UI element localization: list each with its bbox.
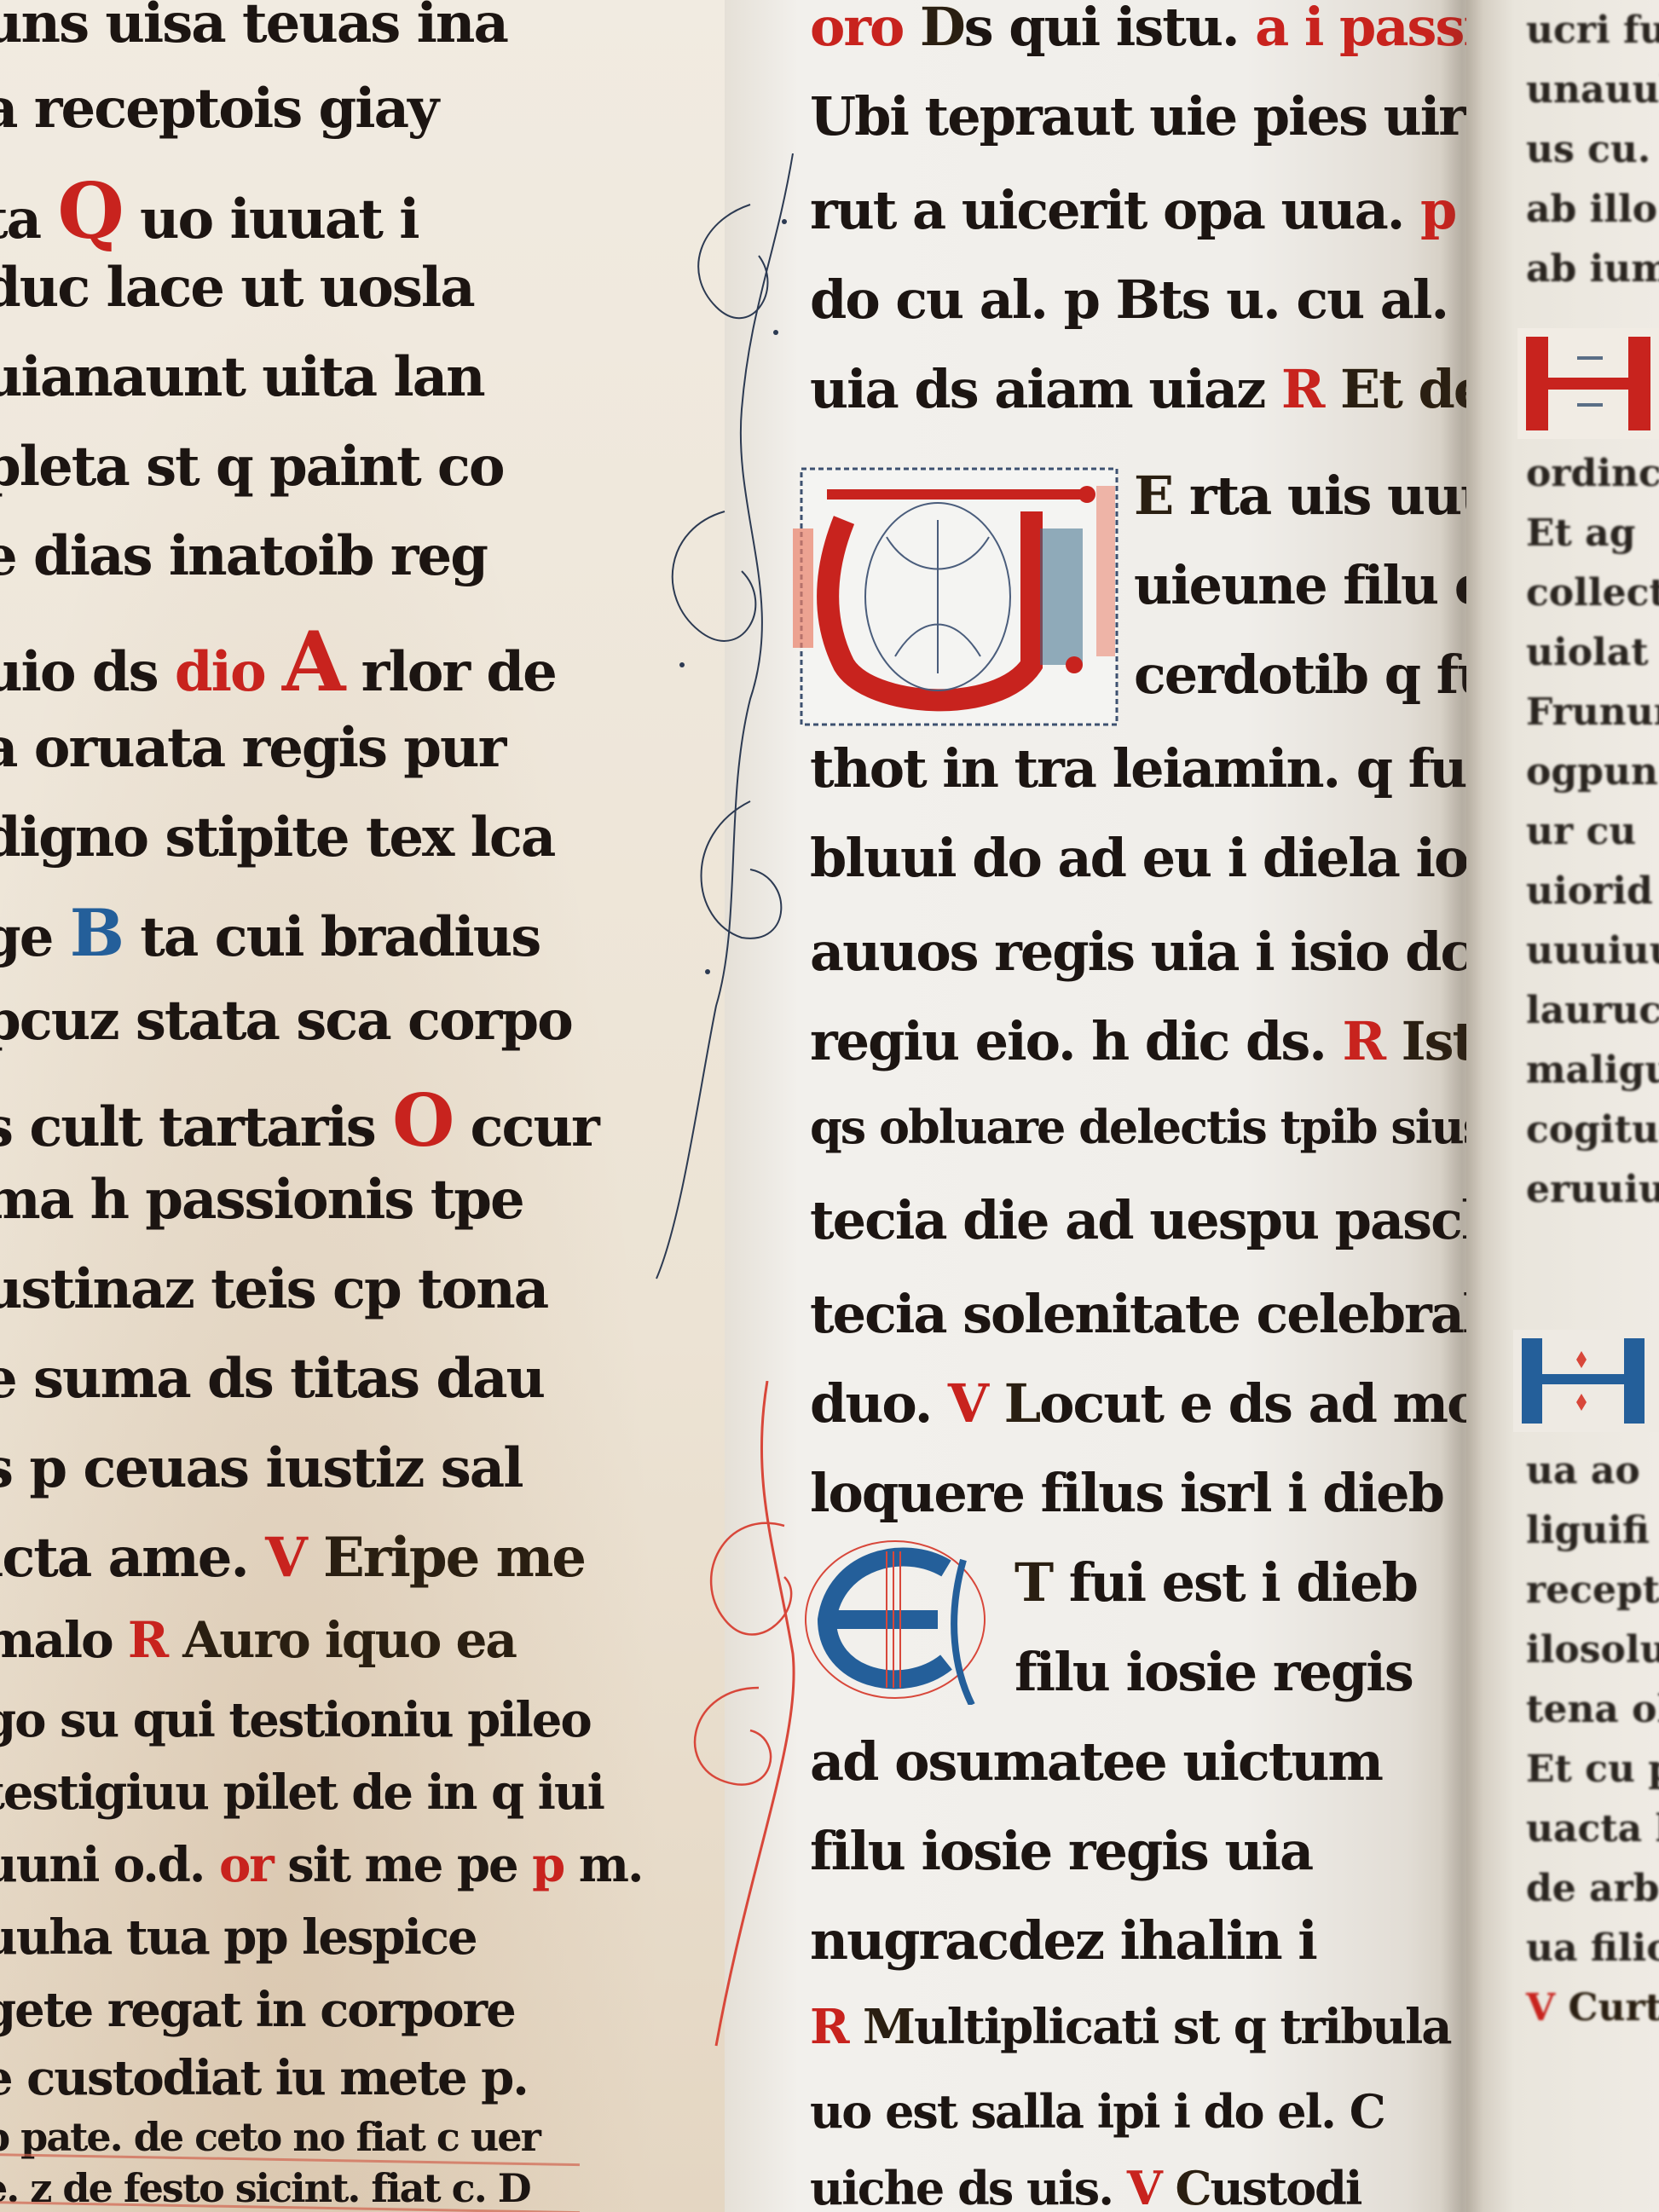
text-line: receptu: [1526, 1568, 1659, 1612]
text-line: filu iosie regis: [1014, 1641, 1413, 1703]
text-line: s p ceuas iustiz sal: [0, 1436, 523, 1500]
text-line: Ubi tepraut uie pies uir: [810, 85, 1465, 147]
rubric-response: R: [128, 1611, 167, 1669]
text-line: maligu: [1526, 1048, 1659, 1092]
left-column: uns uisa teuas ina a receptois giay ta Q…: [0, 0, 665, 2212]
center-column: oro Ds qui istu. a i passione Ubi teprau…: [810, 0, 1475, 2212]
text-line: duc lace ut uosla: [0, 256, 474, 320]
text-line: uianaunt uita lan: [0, 345, 484, 409]
rubric-or: or: [219, 1837, 273, 1893]
red-initial-o: O: [392, 1078, 453, 1163]
text-line: ustinaz teis cp tona: [0, 1257, 547, 1321]
rubric-p: p: [532, 1837, 564, 1893]
red-initial-h-icon: [1517, 328, 1659, 439]
text-line: uuuiuu: [1526, 929, 1659, 973]
text-line: bluui do ad eu i diela iosie: [810, 827, 1546, 889]
text-line: uacta lu: [1526, 1807, 1659, 1851]
text-line: uns uisa teuas ina: [0, 0, 507, 55]
text-line: unauub: [1526, 68, 1659, 112]
text-line: malo R Auro iquo ea: [0, 1611, 516, 1669]
blue-initial-h-icon: [1513, 1330, 1659, 1432]
text-line: loquere filus isrl i dieb: [810, 1462, 1443, 1524]
text-line: ordinc: [1526, 452, 1659, 495]
text-line: lcta ame. V Eripe me: [0, 1526, 585, 1590]
text-line: R Multiplicati st q tribula: [810, 1999, 1451, 2055]
left-page: uns uisa teuas ina a receptois giay ta Q…: [0, 0, 725, 2212]
text-line: V Curte: [1526, 1986, 1659, 2030]
red-initial-q: Q: [57, 166, 122, 257]
blue-initial-e-icon: [801, 1534, 997, 1705]
text-line: nugracdez ihalin i: [810, 1909, 1316, 1972]
rubric-versicle: V: [948, 1372, 987, 1435]
text-line: rut a uicerit opa uua. p R: [810, 179, 1514, 241]
text-line: Et ag: [1526, 511, 1635, 555]
text-line: digno stipite tex lca: [0, 806, 554, 869]
text-line: tena olu: [1526, 1688, 1659, 1731]
text-line: e custodiat iu mete p.: [0, 2050, 528, 2106]
text-line: ua filio d: [1526, 1926, 1659, 1970]
text-line: de arbor: [1526, 1867, 1659, 1910]
text-line: thot in tra leiamin. q fui: [810, 737, 1484, 800]
text-line: collect: [1526, 571, 1659, 615]
text-line: pleta st q paint co: [0, 435, 504, 499]
text-line: testigiuu pilet de in q iui: [0, 1764, 604, 1821]
illuminated-initial-icon: [793, 460, 1125, 733]
text-line: uio ds dio A rlor de: [0, 614, 556, 710]
text-line: a receptois giay: [0, 77, 437, 141]
rubric-response: R: [810, 1999, 848, 2055]
text-line: ilosolu: [1526, 1628, 1659, 1672]
rubric-versicle: V: [1127, 2161, 1161, 2212]
red-initial-h: [1517, 328, 1659, 439]
text-line: e dias inatoib reg: [0, 524, 487, 588]
illuminated-initial-e: [801, 1534, 997, 1705]
text-line: uo est salla ipi i do el. C: [810, 2084, 1384, 2139]
text-line: ur cu: [1526, 810, 1636, 853]
rubric-dio: dio: [175, 640, 265, 704]
text-line: eruuiu: [1526, 1168, 1659, 1211]
text-line: p pate. de ceto no fiat c uer: [0, 2114, 540, 2160]
text-line: uuha tua pp lespice: [0, 1909, 477, 1966]
text-line: T fui est i dieb: [1014, 1551, 1417, 1614]
right-column: ucri fu unauub us cu. R ab illo ab ium o…: [1526, 0, 1659, 2212]
text-line: pcuz stata sca corpo: [0, 989, 572, 1053]
text-line: go su qui testioniu pileo: [0, 1692, 591, 1748]
text-line: liguifi: [1526, 1509, 1650, 1552]
text-line: s cult tartaris O ccur: [0, 1078, 598, 1163]
text-line: ge B ta cui bradius: [0, 895, 540, 971]
center-page: oro Ds qui istu. a i passione Ubi teprau…: [725, 0, 1466, 2212]
text-line: auuos regis uia i isio dcio: [810, 921, 1523, 983]
text-line: uiolat: [1526, 631, 1649, 674]
text-line: a oruata regis pur: [0, 716, 505, 780]
text-line: cogituc: [1526, 1108, 1659, 1152]
text-line: e suma ds titas dau: [0, 1347, 544, 1411]
text-line: ogpun: [1526, 750, 1658, 794]
text-line: lauruc: [1526, 989, 1659, 1032]
text-line: ad osumatee uictum: [810, 1730, 1382, 1793]
text-line: uuni o.d. or sit me pe p m.: [0, 1837, 643, 1893]
text-line: ucri fu: [1526, 9, 1659, 52]
right-page: ucri fu unauub us cu. R ab illo ab ium o…: [1466, 0, 1659, 2212]
text-line: ma h passionis tpe: [0, 1168, 523, 1232]
text-line: uiche ds uis. V Custodi: [810, 2161, 1361, 2212]
rubric-response: R: [1342, 1010, 1384, 1072]
text-line: gete regat in corpore: [0, 1982, 515, 2038]
illuminated-initial-u: [793, 460, 1125, 733]
text-line: ua ao: [1526, 1449, 1640, 1493]
text-line: ab ium: [1526, 247, 1659, 291]
page-gutter-shadow: [1441, 0, 1483, 2212]
text-line: us cu. R: [1526, 128, 1659, 171]
text-line: Et cu pl: [1526, 1747, 1659, 1791]
text-line: ab illo: [1526, 188, 1657, 231]
text-line: uiorid: [1526, 869, 1653, 913]
rubric-versicle: V: [265, 1526, 306, 1590]
blue-initial-h: [1513, 1330, 1659, 1432]
text-line: ta Q uo iuuat i: [0, 166, 419, 257]
text-line: filu iosie regis uia: [810, 1820, 1312, 1882]
text-line: regiu eio. h dic ds. R Iste: [810, 1010, 1507, 1072]
rubric-oro: oro: [810, 0, 903, 58]
blue-initial-b: B: [70, 895, 123, 971]
red-initial-a: A: [282, 614, 344, 710]
text-line: Frunun: [1526, 690, 1659, 734]
rubric-response: R: [1281, 358, 1324, 420]
